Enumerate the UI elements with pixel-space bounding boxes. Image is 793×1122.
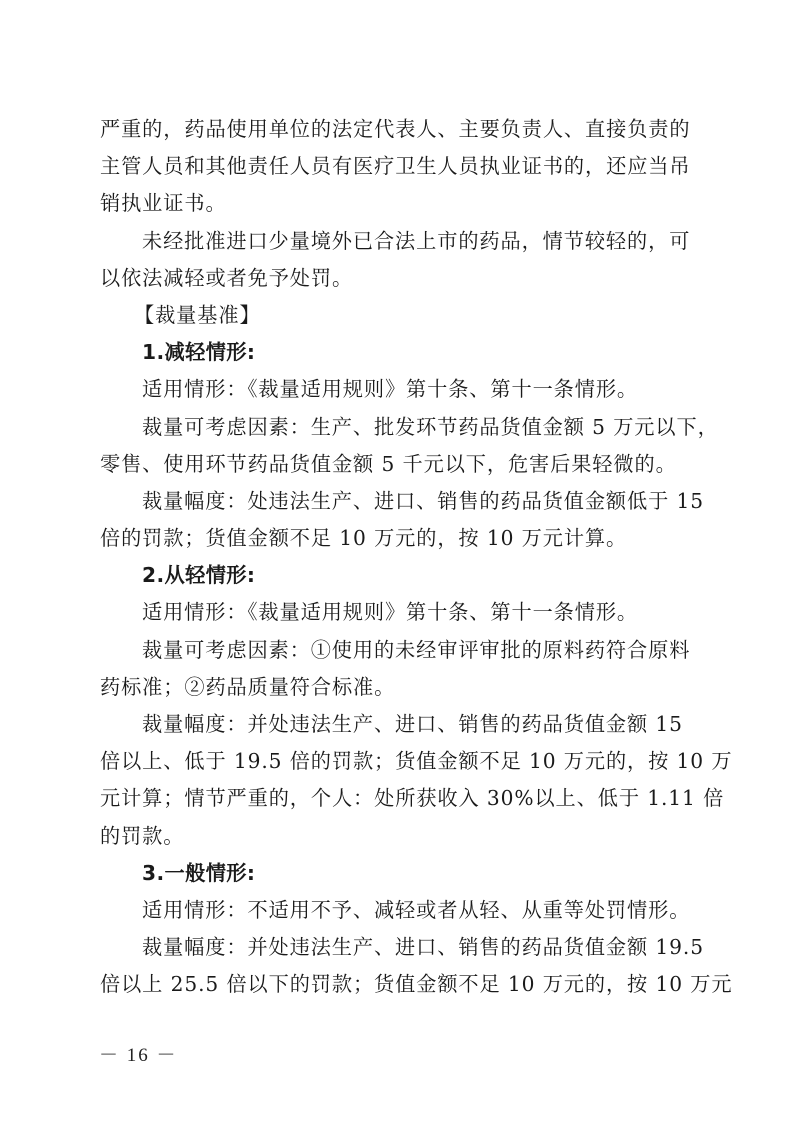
paragraph-considerations-2: 裁量可考虑因素：①使用的未经审评审批的原料药符合原料 药标准；②药品质量符合标准… <box>100 632 696 706</box>
document-page: 严重的，药品使用单位的法定代表人、主要负责人、直接负责的 主管人员和其他责任人员… <box>100 111 696 1004</box>
paragraph-applicable-circumstance-2: 适用情形：《裁量适用规则》第十条、第十一条情形。 <box>100 594 696 631</box>
text-line: 裁量可考虑因素：生产、批发环节药品货值金额 5 万元以下， <box>100 409 696 446</box>
paragraph-applicable-circumstance-3: 适用情形：不适用不予、减轻或者从轻、从重等处罚情形。 <box>100 892 696 929</box>
heading-general-circumstance: 3.一般情形: <box>100 855 696 892</box>
text-line: 裁量幅度：处违法生产、进口、销售的药品货值金额低于 15 <box>100 483 696 520</box>
text-line: 倍的罚款；货值金额不足 10 万元的，按 10 万元计算。 <box>100 520 696 557</box>
text-line: 未经批准进口少量境外已合法上市的药品，情节较轻的，可 <box>100 223 696 260</box>
heading-mitigated-circumstance: 1.减轻情形: <box>100 334 696 371</box>
paragraph-penalty-range-2: 裁量幅度：并处违法生产、进口、销售的药品货值金额 15 倍以上、低于 19.5 … <box>100 706 696 855</box>
paragraph-applicable-circumstance-1: 适用情形：《裁量适用规则》第十条、第十一条情形。 <box>100 371 696 408</box>
text-line: 倍以上、低于 19.5 倍的罚款；货值金额不足 10 万元的，按 10 万 <box>100 743 696 780</box>
section-title-discretion-standard: 【裁量基准】 <box>100 297 696 334</box>
text-line: 药标准；②药品质量符合标准。 <box>100 669 696 706</box>
text-line: 以依法减轻或者免予处罚。 <box>100 260 696 297</box>
text-line: 适用情形：《裁量适用规则》第十条、第十一条情形。 <box>100 594 696 631</box>
text-line: 适用情形：不适用不予、减轻或者从轻、从重等处罚情形。 <box>100 892 696 929</box>
text-line: 裁量可考虑因素：①使用的未经审评审批的原料药符合原料 <box>100 632 696 669</box>
text-line: 零售、使用环节药品货值金额 5 千元以下，危害后果轻微的。 <box>100 446 696 483</box>
text-line: 元计算；情节严重的，个人：处所获收入 30%以上、低于 1.11 倍 <box>100 780 696 817</box>
text-line: 裁量幅度：并处违法生产、进口、销售的药品货值金额 15 <box>100 706 696 743</box>
text-line: 的罚款。 <box>100 818 696 855</box>
text-line: 主管人员和其他责任人员有医疗卫生人员执业证书的，还应当吊 <box>100 148 696 185</box>
paragraph-continuation: 严重的，药品使用单位的法定代表人、主要负责人、直接负责的 主管人员和其他责任人员… <box>100 111 696 223</box>
page-number: － 16 － <box>99 1040 178 1067</box>
text-line: 销执业证书。 <box>100 185 696 222</box>
text-line: 倍以上 25.5 倍以下的罚款；货值金额不足 10 万元的，按 10 万元 <box>100 966 696 1003</box>
paragraph-import-exemption: 未经批准进口少量境外已合法上市的药品，情节较轻的，可 以依法减轻或者免予处罚。 <box>100 223 696 297</box>
text-line: 裁量幅度：并处违法生产、进口、销售的药品货值金额 19.5 <box>100 929 696 966</box>
heading-lenient-circumstance: 2.从轻情形: <box>100 557 696 594</box>
paragraph-penalty-range-1: 裁量幅度：处违法生产、进口、销售的药品货值金额低于 15 倍的罚款；货值金额不足… <box>100 483 696 557</box>
paragraph-penalty-range-3: 裁量幅度：并处违法生产、进口、销售的药品货值金额 19.5 倍以上 25.5 倍… <box>100 929 696 1003</box>
text-line: 严重的，药品使用单位的法定代表人、主要负责人、直接负责的 <box>100 111 696 148</box>
text-line: 适用情形：《裁量适用规则》第十条、第十一条情形。 <box>100 371 696 408</box>
paragraph-considerations-1: 裁量可考虑因素：生产、批发环节药品货值金额 5 万元以下， 零售、使用环节药品货… <box>100 409 696 483</box>
